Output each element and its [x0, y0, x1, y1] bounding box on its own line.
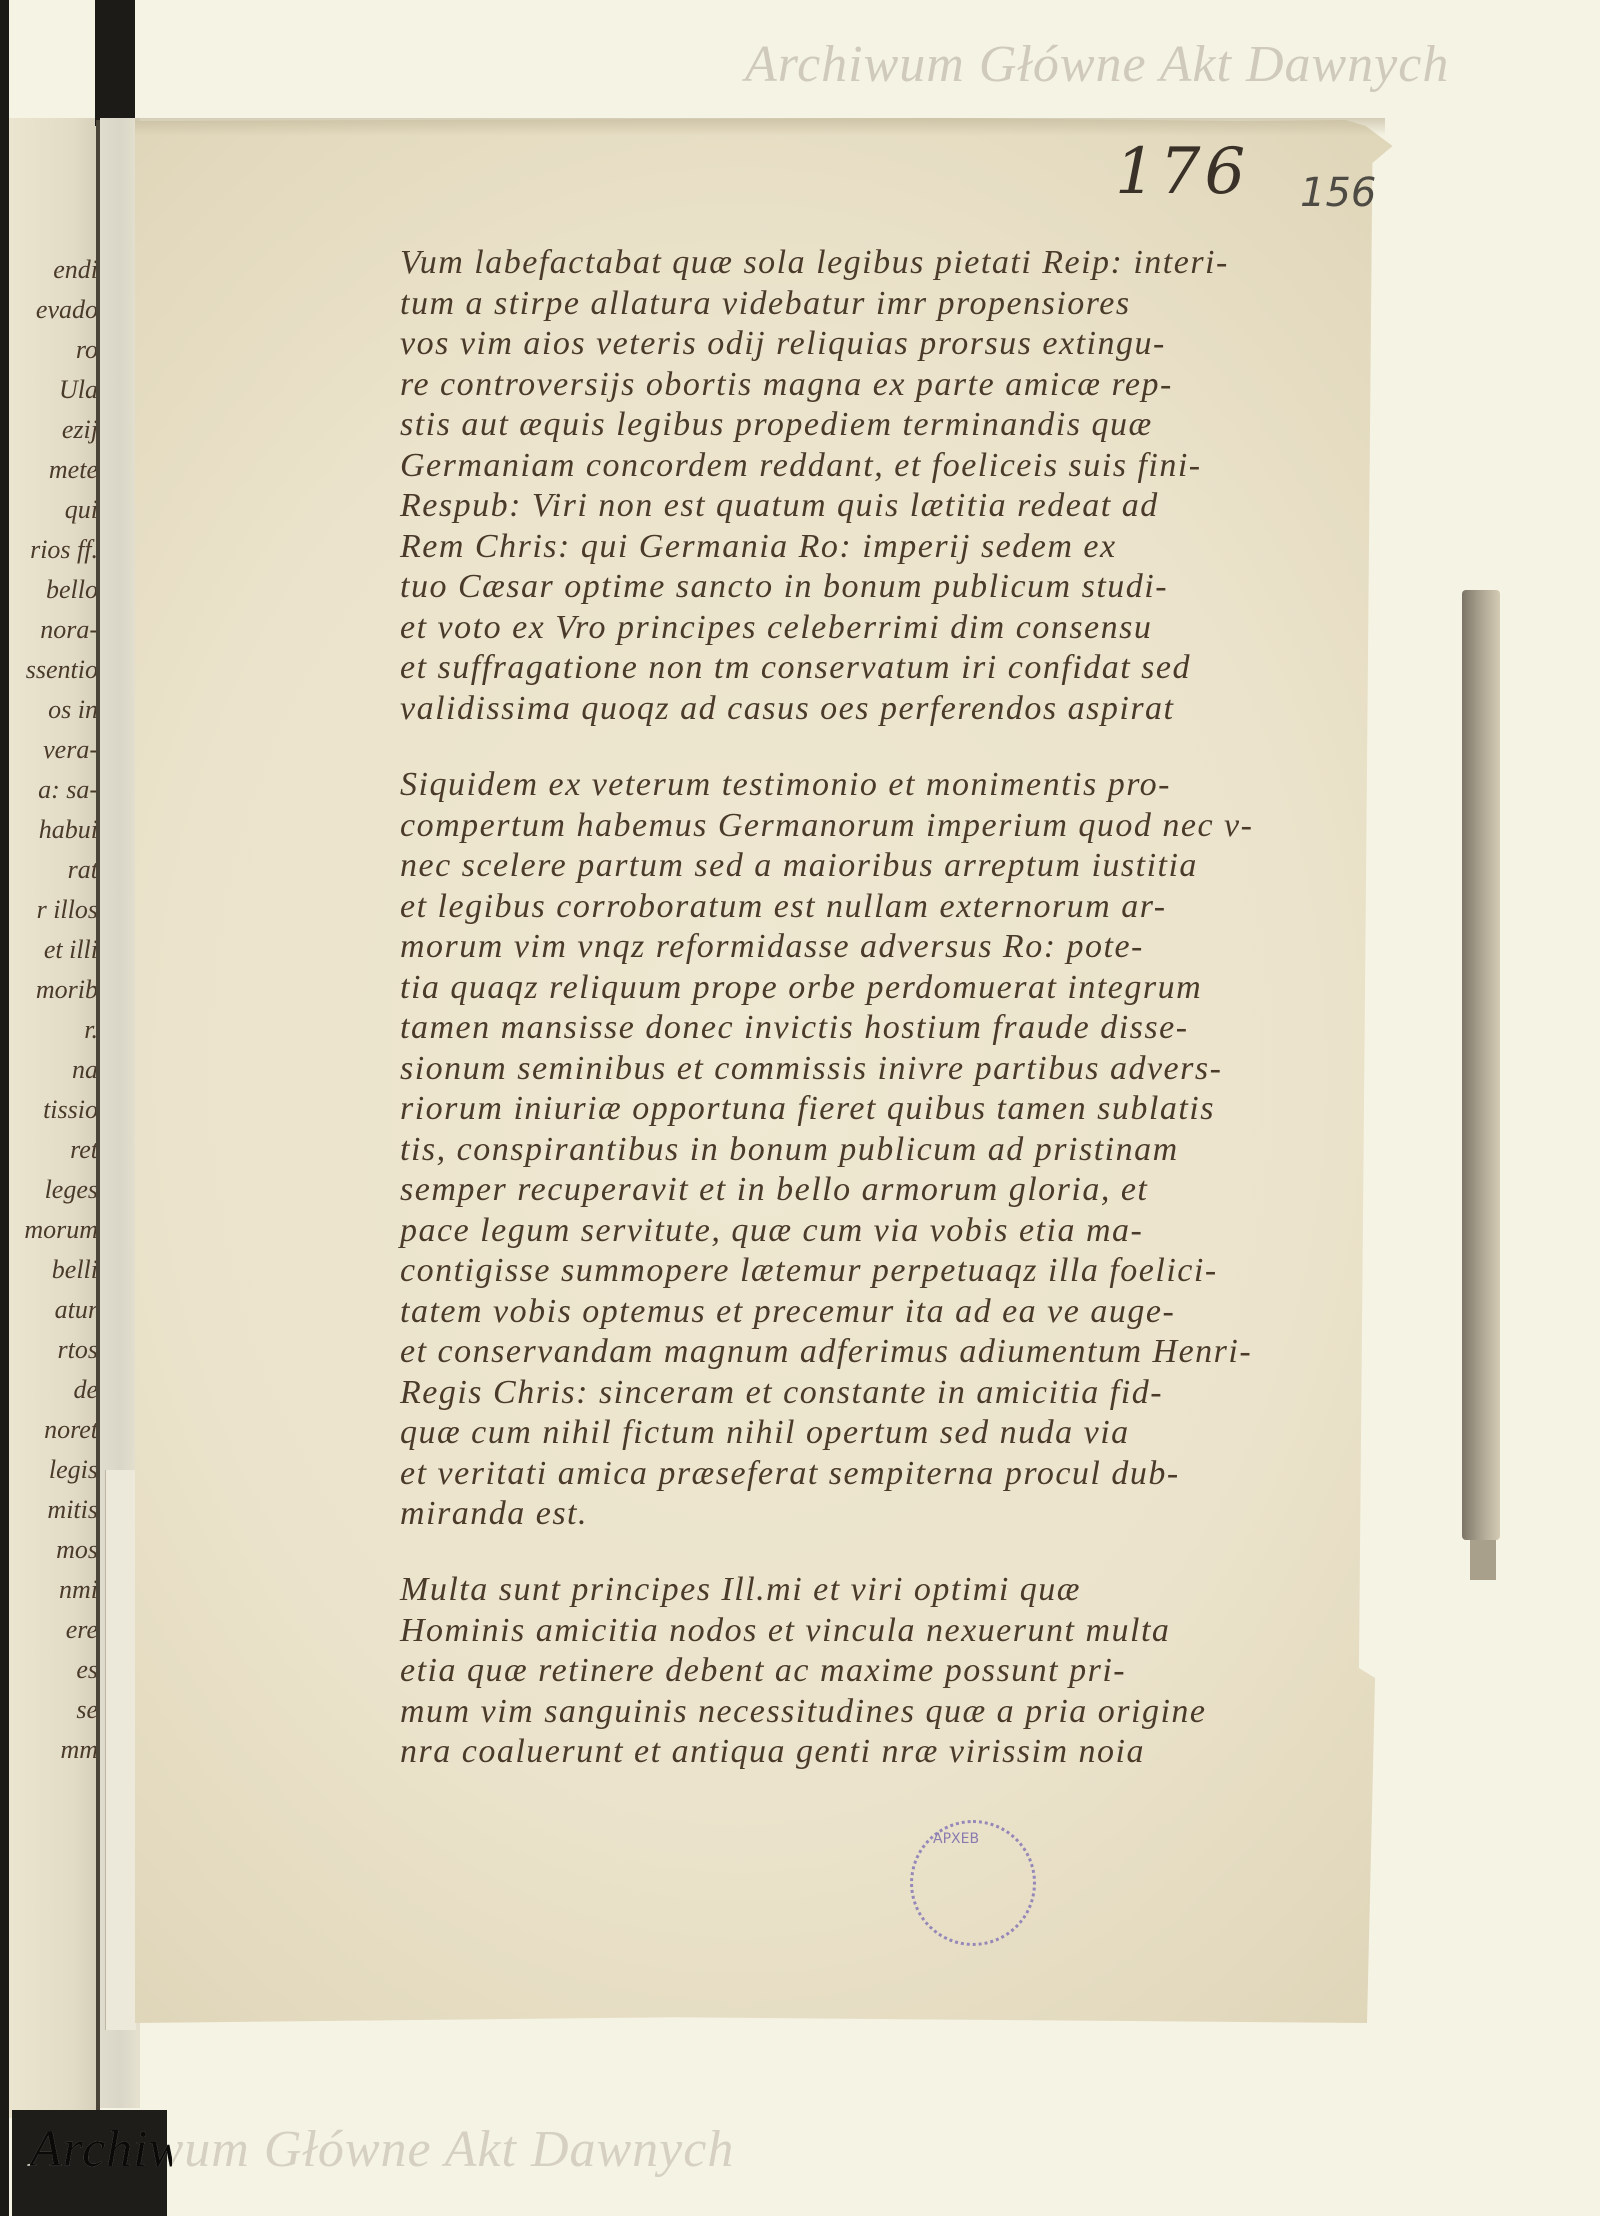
manuscript-line: et legibus corroboratum est nullam exter… [400, 887, 1480, 928]
folio-number-secondary: 156 [1300, 170, 1376, 216]
paragraph-1: Vum labefactabat quæ sola legibus pietat… [400, 243, 1480, 729]
manuscript-line: tis, conspirantibus in bonum publicum ad… [400, 1130, 1480, 1171]
left-line: r. [10, 1010, 98, 1050]
manuscript-line: tuo Cæsar optime sancto in bonum publicu… [400, 567, 1480, 608]
manuscript-line: pace legum servitute, quæ cum via vobis … [400, 1211, 1480, 1252]
left-line: r illos [10, 890, 98, 930]
folio-number: 176 [1115, 135, 1249, 209]
manuscript-line: stis aut æquis legibus propediem termina… [400, 405, 1480, 446]
facing-page-text: endi evado ro Ula ezij mete qui rios ff.… [10, 250, 98, 1770]
manuscript-line: tia quaqz reliquum prope orbe perdomuera… [400, 968, 1480, 1009]
left-line: leges [10, 1170, 98, 1210]
archive-watermark-top: Archiwum Główne Akt Dawnych [745, 35, 1449, 94]
paragraph-3: Multa sunt principes Ill.mi et viri opti… [400, 1570, 1480, 1773]
left-line: ro [10, 330, 98, 370]
left-line: rios ff. [10, 530, 98, 570]
gutter-crease [96, 120, 100, 2110]
manuscript-line: tamen mansisse donec invictis hostium fr… [400, 1008, 1480, 1049]
manuscript-line: et suffragatione non tm conservatum iri … [400, 648, 1480, 689]
manuscript-line: vos vim aios veteris odij reliquias pror… [400, 324, 1480, 365]
left-line: os in [10, 690, 98, 730]
manuscript-line: tum a stirpe allatura videbatur imr prop… [400, 284, 1480, 325]
scanner-edge-strip [0, 0, 9, 2216]
left-line: legis [10, 1450, 98, 1490]
manuscript-line: etia quæ retinere debent ac maxime possu… [400, 1651, 1480, 1692]
left-line: bello [10, 570, 98, 610]
left-line: rat [10, 850, 98, 890]
left-line: evado [10, 290, 98, 330]
left-line: ere [10, 1610, 98, 1650]
paragraph-2: Siquidem ex veterum testimonio et monime… [400, 765, 1480, 1535]
manuscript-line: Regis Chris: sinceram et constante in am… [400, 1373, 1480, 1414]
left-line: mitis [10, 1490, 98, 1530]
left-line: ezij [10, 410, 98, 450]
left-line: es [10, 1650, 98, 1690]
left-line: morum [10, 1210, 98, 1250]
stamp-text: ΑΡΧΕΒ [933, 1831, 979, 1847]
archive-watermark-bottom-dark-overlay: Archiwum Główne Akt Dawnych [30, 2120, 172, 2180]
manuscript-line: et conservandam magnum adferimus adiumen… [400, 1332, 1480, 1373]
manuscript-line: semper recuperavit et in bello armorum g… [400, 1170, 1480, 1211]
manuscript-line: Vum labefactabat quæ sola legibus pietat… [400, 243, 1480, 284]
manuscript-line: miranda est. [400, 1494, 1480, 1535]
left-line: noret [10, 1410, 98, 1450]
left-line: mos [10, 1530, 98, 1570]
left-line: et illi [10, 930, 98, 970]
left-line: de [10, 1370, 98, 1410]
manuscript-line: et voto ex Vro principes celeberrimi dim… [400, 608, 1480, 649]
guard-strip [105, 1470, 136, 2030]
manuscript-line: Rem Chris: qui Germania Ro: imperij sede… [400, 527, 1480, 568]
left-line: nmi [10, 1570, 98, 1610]
left-line: endi [10, 250, 98, 290]
manuscript-line: Respub: Viri non est quatum quis lætitia… [400, 486, 1480, 527]
left-line: nora- [10, 610, 98, 650]
left-line: atur [10, 1290, 98, 1330]
left-line: habui [10, 810, 98, 850]
left-line: tissio [10, 1090, 98, 1130]
manuscript-line: morum vim vnqz reformidasse adversus Ro:… [400, 927, 1480, 968]
left-line: na [10, 1050, 98, 1090]
manuscript-line: contigisse summopere lætemur perpetuaqz … [400, 1251, 1480, 1292]
manuscript-line: Siquidem ex veterum testimonio et monime… [400, 765, 1480, 806]
manuscript-line: quæ cum nihil fictum nihil opertum sed n… [400, 1413, 1480, 1454]
left-line: a: sa- [10, 770, 98, 810]
left-line: ret [10, 1130, 98, 1170]
manuscript-line: Multa sunt principes Ill.mi et viri opti… [400, 1570, 1480, 1611]
manuscript-line: riorum iniuriæ opportuna fieret quibus t… [400, 1089, 1480, 1130]
left-line: belli [10, 1250, 98, 1290]
left-line: mm [10, 1730, 98, 1770]
manuscript-line: mum vim sanguinis necessitudines quæ a p… [400, 1692, 1480, 1733]
manuscript-line: tatem vobis optemus et precemur ita ad e… [400, 1292, 1480, 1333]
left-line: se [10, 1690, 98, 1730]
left-line: mete [10, 450, 98, 490]
manuscript-line: validissima quoqz ad casus oes perferend… [400, 689, 1480, 730]
manuscript-line: nec scelere partum sed a maioribus arrep… [400, 846, 1480, 887]
left-line: rtos [10, 1330, 98, 1370]
manuscript-line: sionum seminibus et commissis inivre par… [400, 1049, 1480, 1090]
binding-shadow-top [95, 0, 135, 126]
manuscript-line: re controversijs obortis magna ex parte … [400, 365, 1480, 406]
manuscript-line: compertum habemus Germanorum imperium qu… [400, 806, 1480, 847]
left-line: morib [10, 970, 98, 1010]
left-line: vera- [10, 730, 98, 770]
manuscript-line: Germaniam concordem reddant, et foelicei… [400, 446, 1480, 487]
left-line: qui [10, 490, 98, 530]
left-line: ssentio [10, 650, 98, 690]
left-line: Ula [10, 370, 98, 410]
manuscript-line: Hominis amicitia nodos et vincula nexuer… [400, 1611, 1480, 1652]
manuscript-line: nra coaluerunt et antiqua genti nræ viri… [400, 1732, 1480, 1773]
page-edge-stain [135, 118, 1385, 136]
manuscript-line: et veritati amica præseferat sempiterna … [400, 1454, 1480, 1495]
archive-stamp: ΑΡΧΕΒ [910, 1820, 1036, 1946]
